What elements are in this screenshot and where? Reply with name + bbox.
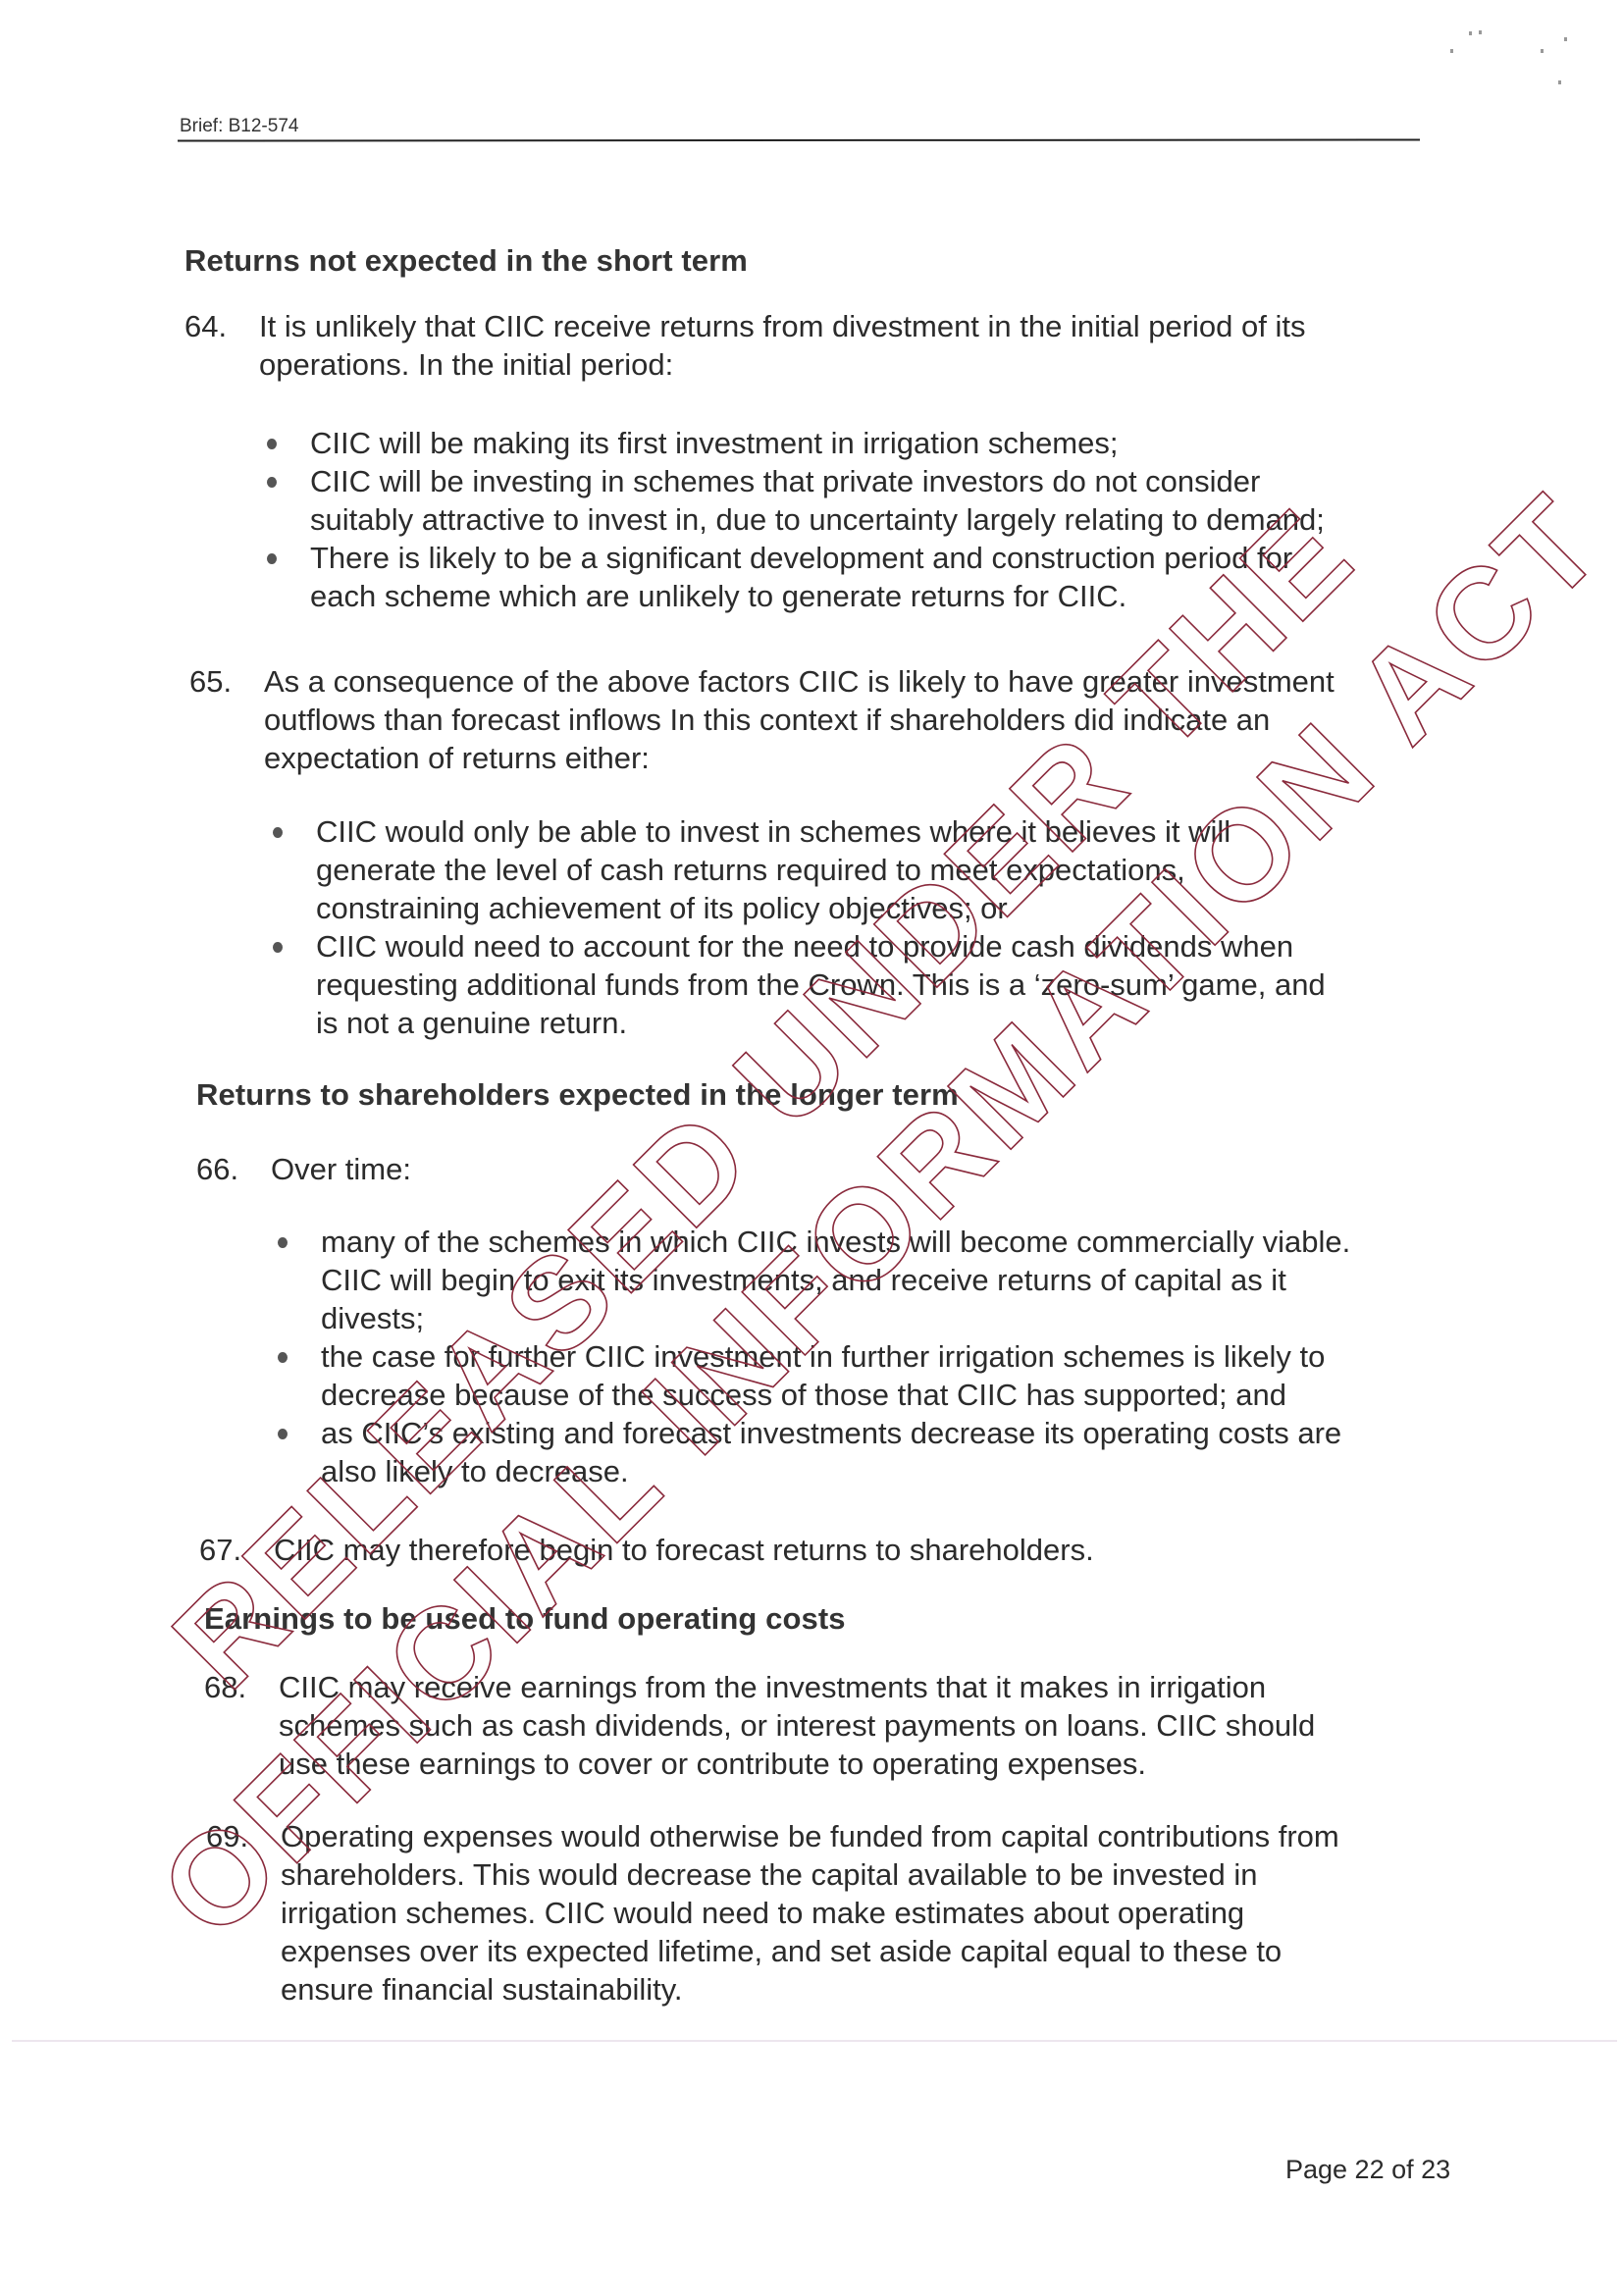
paragraph-number: 65. <box>189 662 232 701</box>
scan-speck <box>1469 31 1472 35</box>
page-number: Page 22 of 23 <box>1285 2155 1450 2185</box>
scan-speck <box>1558 80 1561 84</box>
paragraph-line: operations. In the initial period: <box>259 345 1460 384</box>
paragraph-67: 67. CIIC may therefore begin to forecast… <box>199 1531 1475 1569</box>
scan-speck <box>1564 37 1567 41</box>
scan-speck <box>1541 49 1544 53</box>
paragraph-number: 67. <box>199 1531 241 1569</box>
header-divider <box>178 138 1420 141</box>
paragraph-66: 66. Over time: <box>196 1150 1472 1188</box>
list-item: CIIC will be investing in schemes that p… <box>310 462 1488 539</box>
bullet-icon <box>278 1429 288 1439</box>
bullet-icon <box>278 1237 288 1248</box>
list-item: CIIC would need to account for the need … <box>316 927 1493 1042</box>
list-item: There is likely to be a significant deve… <box>310 539 1488 615</box>
list-item: CIIC would only be able to invest in sch… <box>316 812 1493 927</box>
paragraph-68: 68. CIIC may receive earnings from the i… <box>204 1668 1480 1783</box>
paragraph-number: 68. <box>204 1668 246 1706</box>
scan-speck <box>1450 49 1453 53</box>
list-item: CIIC will be making its first investment… <box>310 424 1488 462</box>
bullet-list-66: many of the schemes in which CIIC invest… <box>321 1223 1538 1490</box>
section-heading: Returns to shareholders expected in the … <box>196 1077 959 1113</box>
document-page: Brief: B12-574 Returns not expected in t… <box>0 0 1623 2296</box>
bullet-icon <box>278 1352 288 1363</box>
bullet-list-64: CIIC will be making its first investment… <box>310 424 1488 615</box>
scan-speck <box>1479 30 1482 34</box>
section-heading: Returns not expected in the short term <box>184 243 748 279</box>
paragraph-number: 66. <box>196 1150 238 1188</box>
paragraph-number: 64. <box>184 307 227 345</box>
list-item: the case for further CIIC investment in … <box>321 1337 1538 1414</box>
bullet-icon <box>267 477 277 488</box>
paragraph-69: 69. Operating expenses would otherwise b… <box>206 1817 1501 2009</box>
paragraph-65: 65. As a consequence of the above factor… <box>189 662 1485 777</box>
bullet-icon <box>267 553 277 564</box>
paragraph-number: 69. <box>206 1817 248 1855</box>
paragraph-line: It is unlikely that CIIC receive returns… <box>259 307 1460 345</box>
bullet-icon <box>267 439 277 449</box>
brief-reference: Brief: B12-574 <box>180 116 298 137</box>
paragraph-64: 64. It is unlikely that CIIC receive ret… <box>184 307 1460 384</box>
bullet-icon <box>273 827 283 838</box>
list-item: as CIIC’s existing and forecast investme… <box>321 1414 1538 1490</box>
section-heading: Earnings to be used to fund operating co… <box>204 1601 846 1637</box>
list-item: many of the schemes in which CIIC invest… <box>321 1223 1538 1337</box>
bullet-icon <box>273 942 283 953</box>
scan-line-divider <box>12 2040 1617 2042</box>
bullet-list-65: CIIC would only be able to invest in sch… <box>316 812 1493 1042</box>
